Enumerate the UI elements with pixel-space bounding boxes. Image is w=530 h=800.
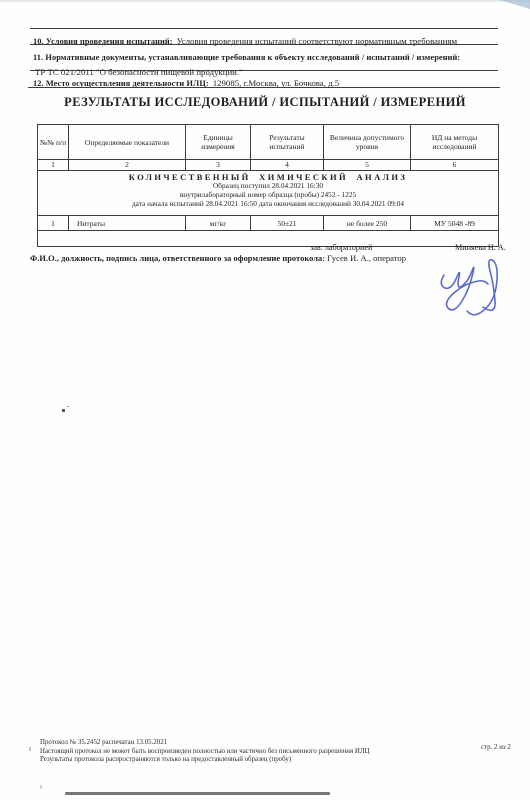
divider-line bbox=[30, 28, 498, 29]
sample-dates-line: дата начала испытаний 28.04.2021 16:50 д… bbox=[38, 200, 498, 209]
results-table: №№ п/п Определяемые показатели Единицы и… bbox=[37, 124, 499, 247]
allowed-level-cell: не более 250 bbox=[324, 216, 411, 231]
footer-scope-note: Результаты протокола распространяются то… bbox=[40, 756, 370, 765]
empty-bottom-row bbox=[38, 231, 499, 247]
divider-line bbox=[28, 87, 500, 88]
responsible-person-label: Ф.И.О., должность, подпись лица, ответст… bbox=[30, 254, 325, 263]
footer-notes: Протокол № 35.2452 распечатан 13.05.2021… bbox=[40, 739, 370, 765]
column-number: 2 bbox=[69, 160, 186, 171]
parameter-cell: Нитраты bbox=[69, 216, 186, 231]
column-number: 5 bbox=[324, 160, 411, 171]
footer-protocol-number: Протокол № 35.2452 распечатан 13.05.2021 bbox=[40, 739, 370, 748]
column-numbers-row: 1 2 3 4 5 6 bbox=[38, 160, 499, 171]
scan-margin-mark bbox=[40, 785, 42, 789]
row-number-cell: 1 bbox=[38, 216, 69, 231]
result-cell: 50±21 bbox=[251, 216, 324, 231]
column-header-results: Результаты испытаний bbox=[251, 125, 324, 160]
scan-top-edge-artifact bbox=[0, 0, 530, 3]
scan-speck bbox=[62, 409, 65, 412]
table-row: 1 Нитраты мг/кг 50±21 не более 250 МУ 50… bbox=[38, 216, 499, 231]
column-number: 4 bbox=[251, 160, 324, 171]
divider-line bbox=[30, 70, 498, 71]
column-header-number: №№ п/п bbox=[38, 125, 69, 160]
head-of-lab-role: зав. лабораторией bbox=[310, 243, 372, 252]
column-header-method-docs: НД на методы исследований bbox=[411, 125, 499, 160]
column-number: 1 bbox=[38, 160, 69, 171]
column-header-allowed-level: Величина допустимого уровня bbox=[324, 125, 411, 160]
table-header-row: №№ п/п Определяемые показатели Единицы и… bbox=[38, 125, 499, 160]
item-11-label: 11. Нормативные документы, устанавливающ… bbox=[33, 53, 460, 62]
scan-bottom-edge-artifact bbox=[65, 792, 330, 795]
column-header-parameters: Определяемые показатели bbox=[69, 125, 186, 160]
handwritten-signature-ink bbox=[437, 245, 509, 323]
column-number: 6 bbox=[411, 160, 499, 171]
scan-corner-artifact bbox=[500, 0, 530, 9]
scan-margin-mark bbox=[29, 747, 31, 751]
page-title: РЕЗУЛЬТАТЫ ИССЛЕДОВАНИЙ / ИСПЫТАНИЙ / ИЗ… bbox=[0, 95, 530, 110]
units-cell: мг/кг bbox=[186, 216, 251, 231]
method-doc-cell: МУ 5048 -89 bbox=[411, 216, 499, 231]
analysis-section-row: КОЛИЧЕСТВЕННЫЙ ХИМИЧЕСКИЙ АНАЛИЗ Образец… bbox=[38, 171, 499, 216]
item-ilc-address: 12. Место осуществления деятельности ИЛЦ… bbox=[33, 73, 339, 91]
empty-cell bbox=[38, 231, 499, 247]
responsible-person-name: Гусев И. А., оператор bbox=[327, 253, 406, 263]
protocol-document-page: 10. Условия проведения испытаний: Услови… bbox=[0, 0, 530, 800]
scan-speck bbox=[67, 406, 69, 407]
footer-reproduction-note: Настоящий протокол не может быть воспрои… bbox=[40, 748, 370, 757]
column-number: 3 bbox=[186, 160, 251, 171]
column-header-units: Единицы измерения bbox=[186, 125, 251, 160]
page-indicator: стр. 2 из 2 bbox=[481, 744, 511, 751]
divider-line bbox=[30, 44, 498, 45]
analysis-section-cell: КОЛИЧЕСТВЕННЫЙ ХИМИЧЕСКИЙ АНАЛИЗ Образец… bbox=[38, 171, 499, 216]
responsible-person-line: Ф.И.О., должность, подпись лица, ответст… bbox=[30, 253, 406, 263]
